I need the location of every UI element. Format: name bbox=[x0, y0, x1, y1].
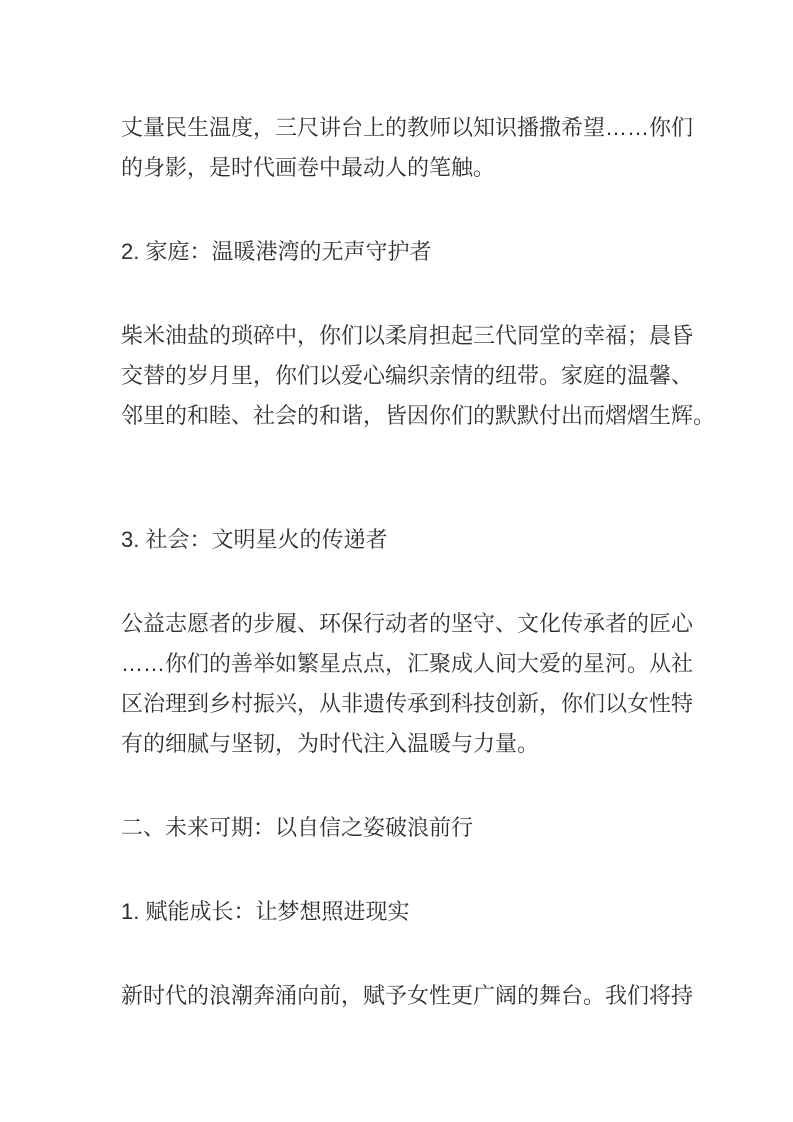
heading-text: 2. 家庭：温暖港湾的无声守护者 bbox=[121, 232, 723, 272]
text-line: 的身影，是时代画卷中最动人的笔触。 bbox=[121, 148, 723, 188]
text-line: 区治理到乡村振兴，从非遗传承到科技创新，你们以女性特 bbox=[121, 684, 723, 724]
text-line: 柴米油盐的琐碎中，你们以柔肩担起三代同堂的幸福；晨昏 bbox=[121, 316, 723, 356]
paragraph-new-era: 新时代的浪潮奔涌向前，赋予女性更广阔的舞台。我们将持 bbox=[121, 976, 723, 1016]
text-line: 邻里的和睦、社会的和谐，皆因你们的默默付出而熠熠生辉。 bbox=[121, 396, 723, 436]
paragraph-society: 公益志愿者的步履、环保行动者的坚守、文化传承者的匠心 ……你们的善举如繁星点点，… bbox=[121, 604, 723, 764]
heading-future: 二、未来可期：以自信之姿破浪前行 bbox=[121, 808, 723, 848]
document-page: 丈量民生温度，三尺讲台上的教师以知识播撒希望……你们 的身影，是时代画卷中最动人… bbox=[0, 0, 793, 1122]
heading-text: 3. 社会：文明星火的传递者 bbox=[121, 520, 723, 560]
text-line: 新时代的浪潮奔涌向前，赋予女性更广阔的舞台。我们将持 bbox=[121, 976, 723, 1016]
heading-text: 1. 赋能成长：让梦想照进现实 bbox=[121, 892, 723, 932]
paragraph-family: 柴米油盐的琐碎中，你们以柔肩担起三代同堂的幸福；晨昏 交替的岁月里，你们以爱心编… bbox=[121, 316, 723, 436]
text-line: 丈量民生温度，三尺讲台上的教师以知识播撒希望……你们 bbox=[121, 108, 723, 148]
heading-empower-growth: 1. 赋能成长：让梦想照进现实 bbox=[121, 892, 723, 932]
heading-society: 3. 社会：文明星火的传递者 bbox=[121, 520, 723, 560]
paragraph-teachers: 丈量民生温度，三尺讲台上的教师以知识播撒希望……你们 的身影，是时代画卷中最动人… bbox=[121, 108, 723, 188]
heading-family: 2. 家庭：温暖港湾的无声守护者 bbox=[121, 232, 723, 272]
text-line: 公益志愿者的步履、环保行动者的坚守、文化传承者的匠心 bbox=[121, 604, 723, 644]
heading-text: 二、未来可期：以自信之姿破浪前行 bbox=[121, 808, 723, 848]
text-line: ……你们的善举如繁星点点，汇聚成人间大爱的星河。从社 bbox=[121, 644, 723, 684]
text-line: 交替的岁月里，你们以爱心编织亲情的纽带。家庭的温馨、 bbox=[121, 356, 723, 396]
text-line: 有的细腻与坚韧，为时代注入温暖与力量。 bbox=[121, 724, 723, 764]
